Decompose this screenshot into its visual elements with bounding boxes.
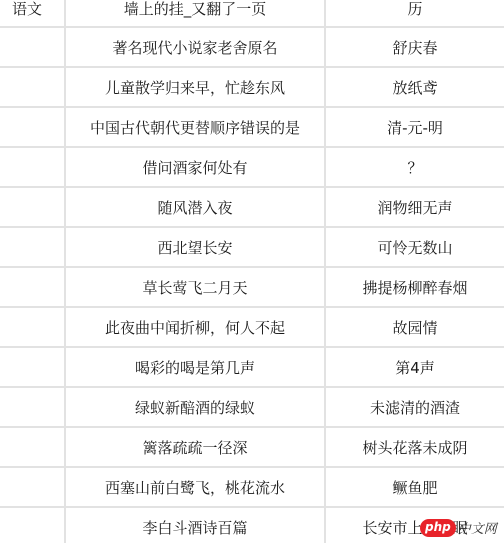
answer-cell: 舒庆春 [326,28,504,66]
question-cell: 随风潜入夜 [66,188,326,226]
answer-cell: ？ [326,148,504,186]
question-cell: 墙上的挂_又翻了一页 [66,0,326,26]
table-row: 语文 墙上的挂_又翻了一页 历 [0,0,504,28]
question-cell: 草长莺飞二月天 [66,268,326,306]
question-cell: 李白斗酒诗百篇 [66,508,326,543]
table-row: 随风潜入夜 润物细无声 [0,188,504,228]
table-row: 西北望长安 可怜无数山 [0,228,504,268]
table-row: 著名现代小说家老舍原名 舒庆春 [0,28,504,68]
table-row: 西塞山前白鹭飞，桃花流水 鳜鱼肥 [0,468,504,508]
subject-cell: 语文 [0,0,66,26]
subject-cell [0,188,66,226]
question-cell: 西塞山前白鹭飞，桃花流水 [66,468,326,506]
subject-cell [0,308,66,346]
question-cell: 喝彩的喝是第几声 [66,348,326,386]
table-row: 借问酒家何处有 ？ [0,148,504,188]
watermark-text: 中文网 [458,518,497,537]
question-cell: 此夜曲中闻折柳，何人不起 [66,308,326,346]
answer-cell: 故园情 [326,308,504,346]
answer-cell: 放纸鸢 [326,68,504,106]
table-row: 篱落疏疏一径深 树头花落未成阴 [0,428,504,468]
subject-cell [0,68,66,106]
subject-cell [0,28,66,66]
table-row: 喝彩的喝是第几声 第4声 [0,348,504,388]
subject-cell [0,428,66,466]
question-cell: 绿蚁新醅酒的绿蚁 [66,388,326,426]
answer-cell: 未滤清的酒渣 [326,388,504,426]
table-row: 儿童散学归来早，忙趁东风 放纸鸢 [0,68,504,108]
answer-cell: 树头花落未成阴 [326,428,504,466]
table-row: 此夜曲中闻折柳，何人不起 故园情 [0,308,504,348]
answer-cell: 拂提杨柳醉春烟 [326,268,504,306]
subject-cell [0,348,66,386]
question-cell: 中国古代朝代更替顺序错误的是 [66,108,326,146]
php-logo-icon: php [420,519,456,537]
subject-cell [0,388,66,426]
subject-cell [0,268,66,306]
answer-cell: 第4声 [326,348,504,386]
question-cell: 著名现代小说家老舍原名 [66,28,326,66]
answer-cell: 鳜鱼肥 [326,468,504,506]
question-cell: 借问酒家何处有 [66,148,326,186]
php-watermark: php 中文网 [420,518,497,537]
answer-cell: 润物细无声 [326,188,504,226]
subject-cell [0,468,66,506]
question-cell: 篱落疏疏一径深 [66,428,326,466]
answer-cell: 清-元-明 [326,108,504,146]
subject-cell [0,228,66,266]
quiz-table: 语文 墙上的挂_又翻了一页 历 著名现代小说家老舍原名 舒庆春 儿童散学归来早，… [0,0,504,543]
answer-cell: 可怜无数山 [326,228,504,266]
table-row: 草长莺飞二月天 拂提杨柳醉春烟 [0,268,504,308]
answer-cell: 历 [326,0,504,26]
table-row: 中国古代朝代更替顺序错误的是 清-元-明 [0,108,504,148]
question-cell: 儿童散学归来早，忙趁东风 [66,68,326,106]
subject-cell [0,108,66,146]
subject-cell [0,148,66,186]
subject-cell [0,508,66,543]
question-cell: 西北望长安 [66,228,326,266]
table-row: 绿蚁新醅酒的绿蚁 未滤清的酒渣 [0,388,504,428]
